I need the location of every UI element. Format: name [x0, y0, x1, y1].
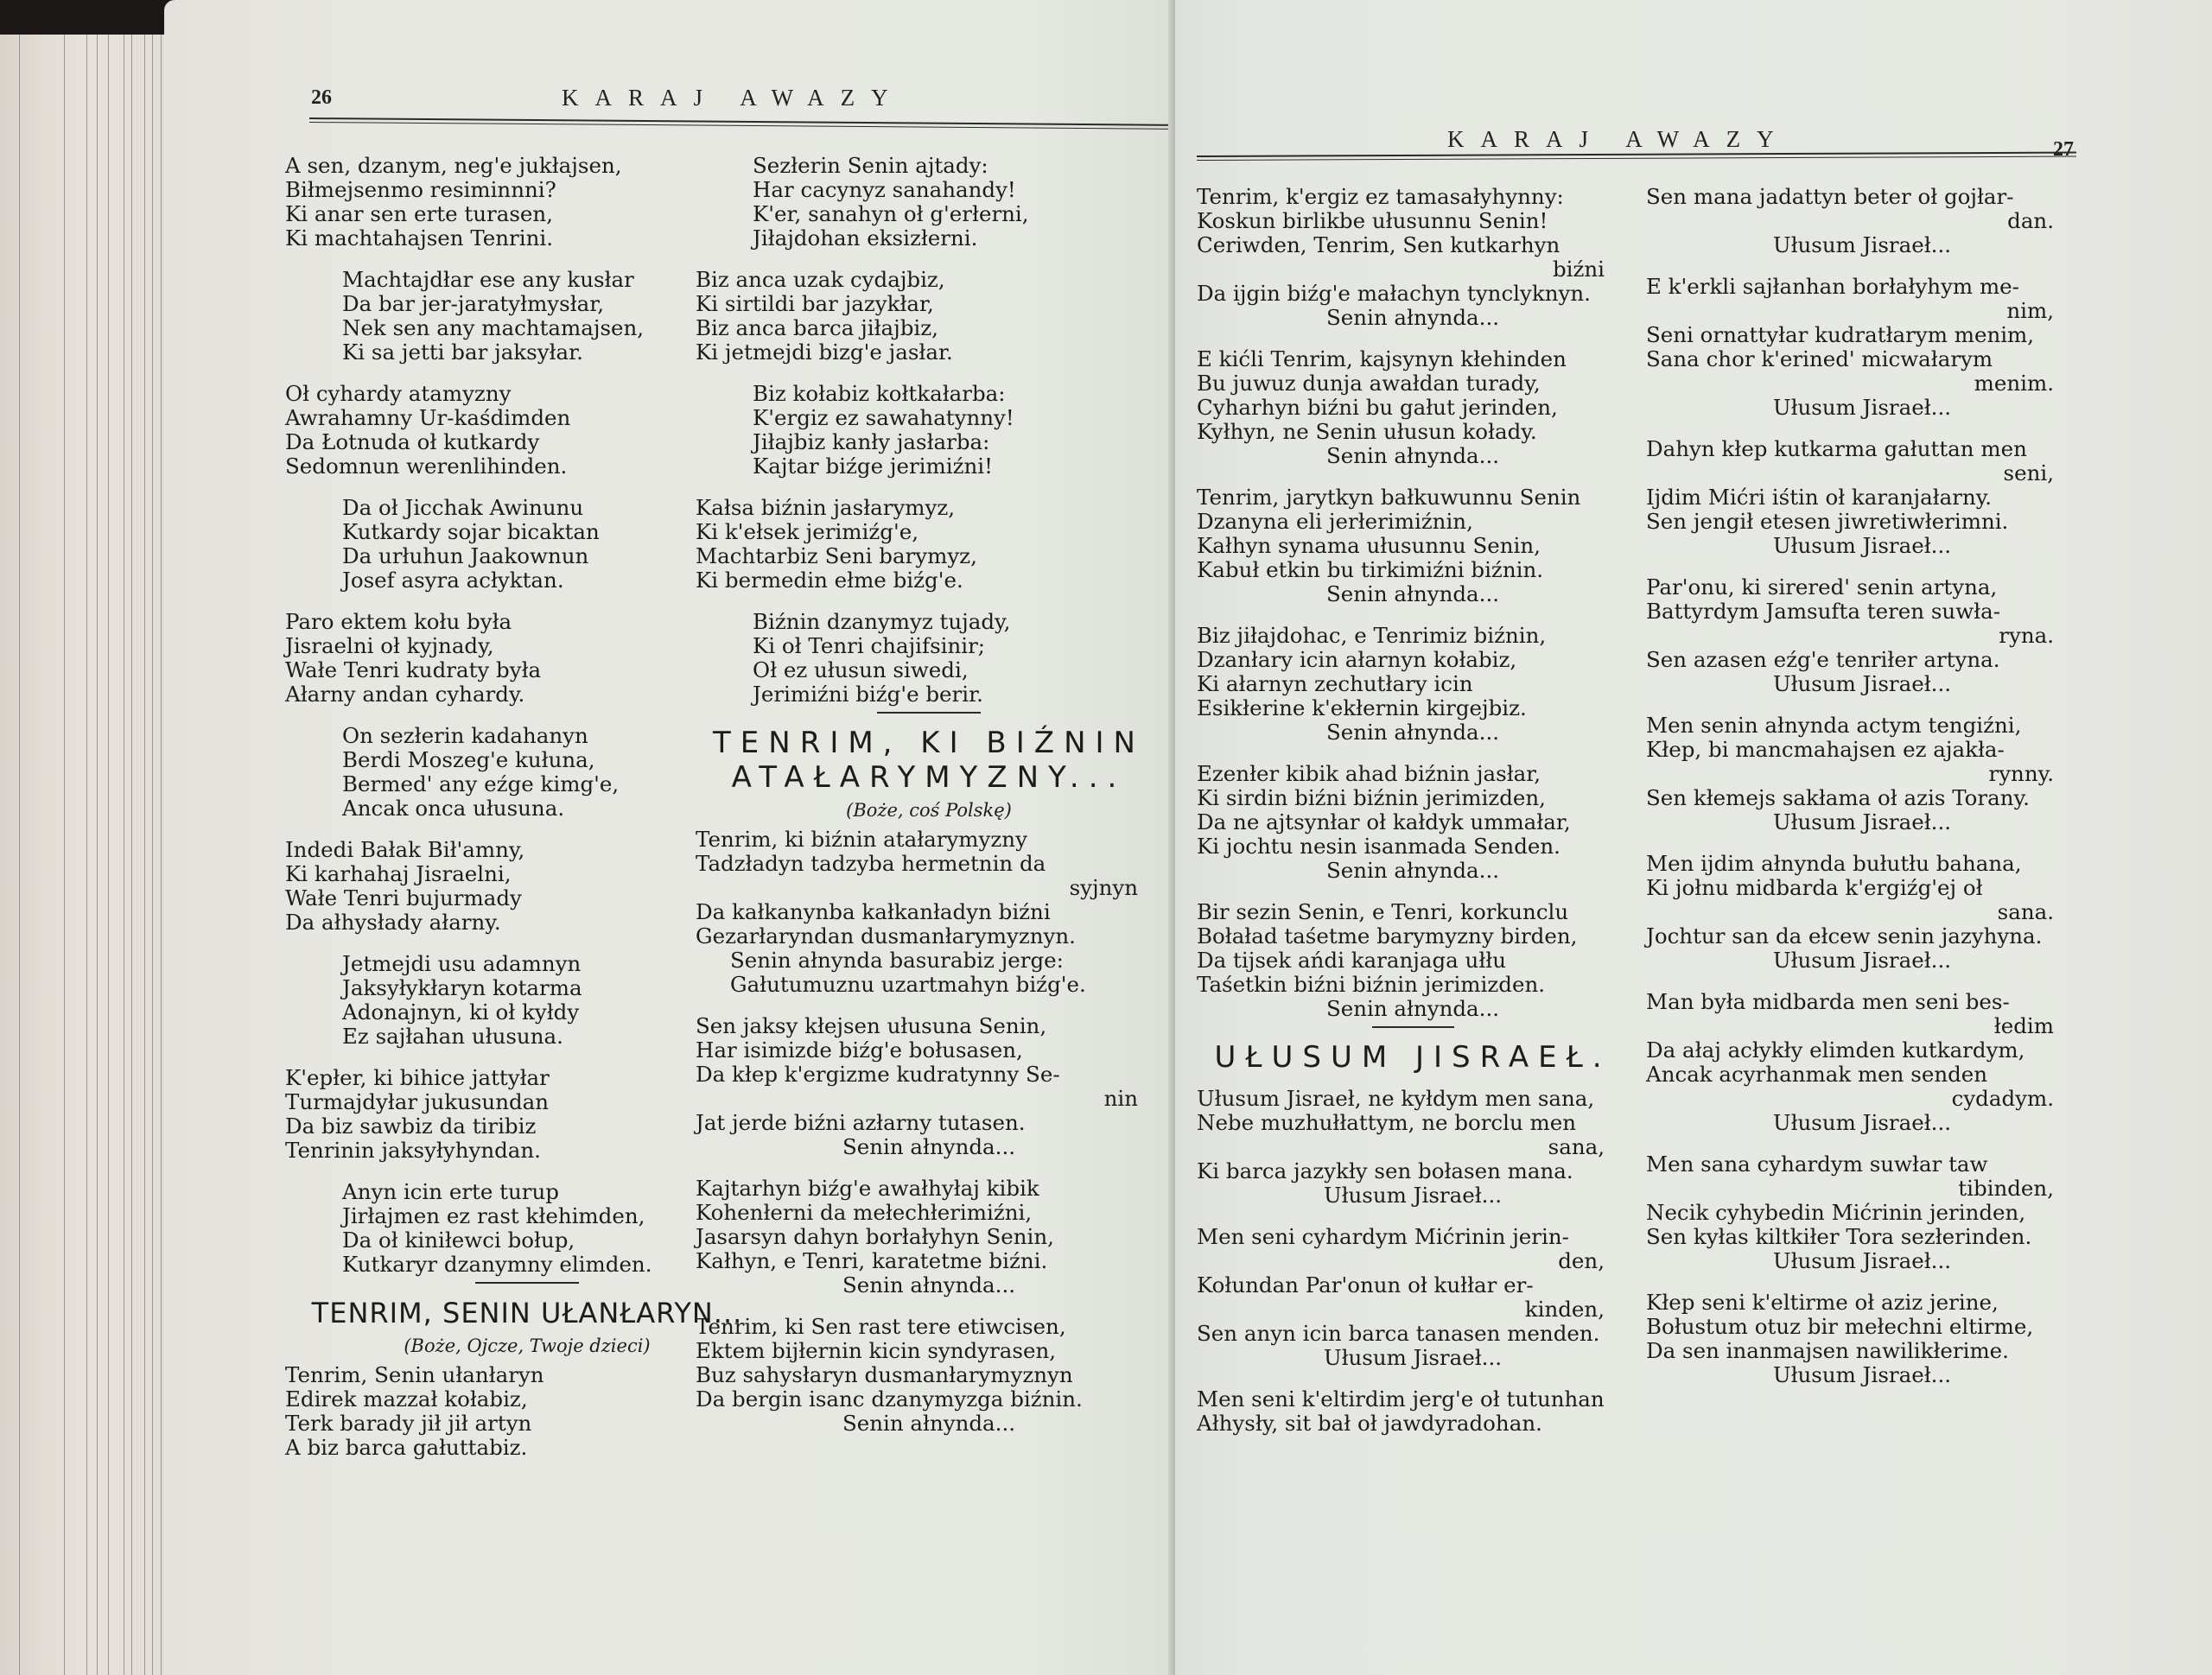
stanza: Man była midbarda men seni bes- łedim Da…: [1646, 990, 2078, 1135]
stanza: Men seni cyhardym Mićrinin jerin- den, K…: [1197, 1225, 1629, 1370]
header-rule: [309, 117, 1173, 130]
refrain: Ułusum Jisraeł...: [1197, 1183, 1629, 1208]
stanza: Bir sezin Senin, e Tenri, korkunclu Boła…: [1197, 900, 1629, 1021]
stanza: Sen jaksy kłejsen ułusuna Senin, Har isi…: [696, 1014, 1162, 1159]
refrain: Senin ałnynda...: [1197, 444, 1629, 468]
refrain: Ułusum Jisraeł...: [1646, 1249, 2078, 1273]
refrain: Ułusum Jisraeł...: [1646, 534, 2078, 558]
left-page: 26 KARAJ AWAZY A sen, dzanym, neg'e jukł…: [164, 0, 1175, 1675]
page-edges: [0, 35, 164, 1675]
stanza: Men seni k'eltirdim jerg'e oł tutunhan A…: [1197, 1387, 1629, 1436]
refrain: Ułusum Jisraeł...: [1646, 396, 2078, 420]
stanza: Sezłerin Senin ajtady: Har cacynyz sanah…: [696, 154, 1162, 251]
stanza: Ezenłer kibik ahad biźnin jasłar, Ki sir…: [1197, 762, 1629, 883]
refrain: Senin ałnynda...: [1197, 997, 1629, 1021]
page-number: 27: [2053, 138, 2074, 162]
section-divider: [1372, 1026, 1454, 1028]
stanza: Biźnin dzanymyz tujady, Ki oł Tenri chaj…: [696, 610, 1162, 707]
section-divider: [475, 1282, 579, 1284]
stanza: Kałsa biźnin jasłarymyz, Ki k'ełsek jeri…: [696, 496, 1162, 593]
refrain: Ułusum Jisraeł...: [1646, 672, 2078, 696]
stanza: Tenrim, ki biźnin atałarymyzny Tadzładyn…: [696, 828, 1162, 997]
right-page-column-2: Sen mana jadattyn beter oł gojłar- dan. …: [1646, 185, 2078, 1405]
song-title-line-1: TENRIM, KI BIŹNIN: [696, 726, 1162, 760]
refrain: Ułusum Jisraeł...: [1646, 1363, 2078, 1387]
refrain: Senin ałnynda...: [1197, 720, 1629, 745]
refrain: Senin ałnynda...: [1197, 306, 1629, 330]
header-rule: [1197, 152, 2076, 161]
stanza: Tenrim, ki Sen rast tere etiwcisen, Ekte…: [696, 1315, 1162, 1436]
stanza: Biz kołabiz kołtkałarba: K'ergiz ez sawa…: [696, 382, 1162, 479]
stanza: E k'erkli sajłanhan borłałyhym me- nim, …: [1646, 275, 2078, 420]
refrain: Ułusum Jisraeł...: [1646, 233, 2078, 257]
stanza: Men senin ałnynda actym tengiźni, Kłep, …: [1646, 714, 2078, 834]
open-book: 26 KARAJ AWAZY A sen, dzanym, neg'e jukł…: [0, 0, 2212, 1675]
stanza: E kićli Tenrim, kajsynyn kłehinden Bu ju…: [1197, 347, 1629, 468]
refrain: Ułusum Jisraeł...: [1646, 949, 2078, 973]
running-head: KARAJ AWAZY: [562, 85, 905, 111]
stanza: Kajtarhyn biźg'e awałhyłaj kibik Kohenłe…: [696, 1177, 1162, 1297]
stanza: Par'onu, ki sirered' senin artyna, Batty…: [1646, 575, 2078, 696]
song-subtitle: (Boże, coś Polskę): [696, 798, 1162, 822]
right-page-column-1: Tenrim, k'ergiz ez tamasałyhynny: Koskun…: [1197, 185, 1629, 1453]
stanza: Biz anca uzak cydajbiz, Ki sirtildi bar …: [696, 268, 1162, 365]
section-divider: [877, 712, 981, 714]
refrain: Senin ałnynda...: [696, 1412, 1162, 1436]
running-head: KARAJ AWAZY: [1447, 126, 1790, 153]
stanza: Tenrim, k'ergiz ez tamasałyhynny: Koskun…: [1197, 185, 1629, 330]
stanza: Ułusum Jisraeł, ne kyłdym men sana, Nebe…: [1197, 1087, 1629, 1208]
song-title: UŁUSUM JISRAEŁ.: [1197, 1040, 1629, 1075]
refrain: Ułusum Jisraeł...: [1646, 1111, 2078, 1135]
stanza: Biz jiłajdohac, e Tenrimiz biźnin, Dzanł…: [1197, 624, 1629, 745]
refrain: Senin ałnynda...: [1197, 582, 1629, 606]
refrain: Ułusum Jisraeł...: [1197, 1346, 1629, 1370]
refrain: Senin ałnynda...: [696, 1135, 1162, 1159]
refrain: Senin ałnynda...: [1197, 859, 1629, 883]
stanza: Kłep seni k'eltirme oł aziz jerine, Bołu…: [1646, 1291, 2078, 1387]
stanza: Sen mana jadattyn beter oł gojłar- dan. …: [1646, 185, 2078, 257]
stanza: Men ijdim ałnynda bułutłu bahana, Ki joł…: [1646, 852, 2078, 973]
page-number: 26: [311, 86, 332, 110]
stanza: Men sana cyhardym suwłar taw tibinden, N…: [1646, 1152, 2078, 1273]
song-title-line-2: ATAŁARYMYZNY...: [696, 760, 1162, 795]
refrain: Ułusum Jisraeł...: [1646, 810, 2078, 834]
right-page: KARAJ AWAZY 27 Tenrim, k'ergiz ez tamasa…: [1175, 0, 2212, 1675]
stanza: Tenrim, jarytkyn bałkuwunnu Senin Dzanyn…: [1197, 485, 1629, 606]
left-page-column-2: Sezłerin Senin ajtady: Har cacynyz sanah…: [696, 154, 1162, 1453]
stanza: Dahyn kłep kutkarma gałuttan men seni, I…: [1646, 437, 2078, 558]
refrain: Senin ałnynda...: [696, 1273, 1162, 1297]
